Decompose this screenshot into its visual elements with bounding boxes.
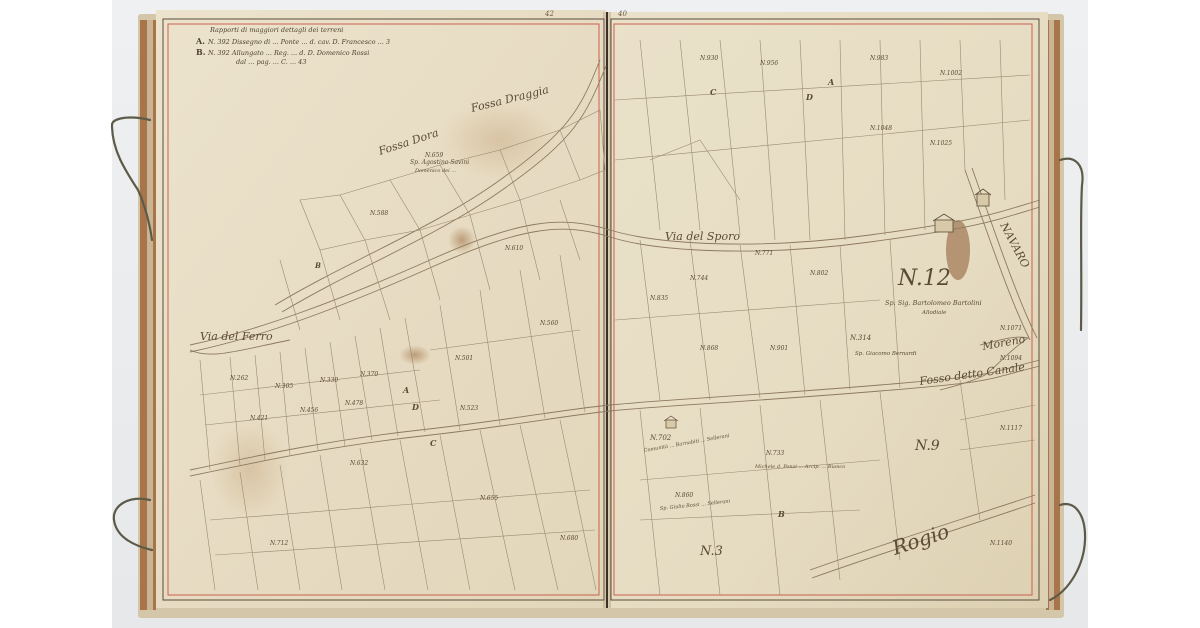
svg-text:N.860: N.860: [674, 492, 693, 499]
svg-text:N.835: N.835: [649, 295, 668, 302]
svg-text:N.330: N.330: [319, 377, 338, 384]
svg-text:N.632: N.632: [349, 460, 368, 467]
page-number-right: 40: [617, 10, 627, 18]
svg-text:N.456: N.456: [299, 407, 318, 414]
svg-text:Sp. Sig. Bartolomeo Bartolini: Sp. Sig. Bartolomeo Bartolini: [885, 299, 982, 307]
svg-text:N.1140: N.1140: [989, 540, 1012, 547]
svg-text:N.1025: N.1025: [929, 140, 952, 147]
svg-text:B.: B.: [196, 47, 206, 57]
svg-text:Sp. Giacomo Bernardi: Sp. Giacomo Bernardi: [855, 351, 917, 357]
svg-text:dal ... pag. ... C. ... 43: dal ... pag. ... C. ... 43: [236, 58, 306, 66]
svg-text:N.588: N.588: [369, 210, 388, 217]
svg-text:N.560: N.560: [539, 320, 558, 327]
svg-text:N.1071: N.1071: [999, 325, 1022, 332]
svg-text:A.: A.: [195, 36, 205, 46]
svg-text:D: D: [411, 402, 419, 412]
cadastral-map: 42 40 Rapporti di maggiori dettagli dei …: [0, 0, 1200, 628]
svg-text:A: A: [827, 77, 834, 87]
label-via-del-sporo: Via del Sporo: [665, 230, 740, 243]
svg-text:N.314: N.314: [849, 334, 871, 342]
svg-text:N.868: N.868: [699, 345, 718, 352]
svg-text:N.712: N.712: [269, 540, 288, 547]
parcel-n3: N.3: [699, 544, 723, 559]
page-number-left: 42: [544, 10, 554, 18]
svg-text:N.956: N.956: [759, 60, 778, 67]
svg-text:N.421: N.421: [249, 415, 268, 422]
svg-text:N.1048: N.1048: [869, 125, 892, 132]
photo-stage: 42 40 Rapporti di maggiori dettagli dei …: [0, 0, 1200, 628]
svg-text:B: B: [777, 509, 785, 519]
legend-title: Rapporti di maggiori dettagli dei terren…: [209, 26, 343, 34]
svg-text:N.305: N.305: [274, 383, 293, 390]
svg-text:N. 392 Allungato ... Reg. ...: N. 392 Allungato ... Reg. ... d. D. Dome…: [207, 49, 369, 57]
svg-text:N.983: N.983: [869, 55, 888, 62]
svg-text:N.680: N.680: [559, 535, 578, 542]
svg-text:A: A: [402, 385, 409, 395]
svg-text:N.655: N.655: [479, 495, 498, 502]
svg-text:N.1117: N.1117: [999, 425, 1022, 432]
svg-text:D: D: [805, 92, 813, 102]
svg-text:N. 392 Dissegno di ... Ponte .: N. 392 Dissegno di ... Ponte ... d. cav.…: [207, 38, 390, 46]
svg-text:N.478: N.478: [344, 400, 363, 407]
svg-text:N.744: N.744: [689, 275, 708, 282]
svg-text:C: C: [430, 438, 437, 448]
label-via-del-ferro: Via del Ferro: [200, 330, 273, 343]
svg-text:Michele d. Ponzi ... Arcip. ..: Michele d. Ponzi ... Arcip. ... Bianco: [754, 464, 845, 470]
svg-text:N.1094: N.1094: [999, 355, 1022, 362]
svg-text:C: C: [710, 87, 717, 97]
svg-text:N.501: N.501: [454, 355, 473, 362]
svg-text:N.733: N.733: [765, 450, 784, 457]
svg-text:Sp. Agostino Savini: Sp. Agostino Savini: [410, 159, 469, 166]
svg-text:N.1002: N.1002: [939, 70, 962, 77]
svg-text:B: B: [314, 261, 321, 270]
svg-text:N.370: N.370: [359, 371, 378, 378]
svg-text:N.523: N.523: [459, 405, 478, 412]
parcel-n9: N.9: [914, 438, 940, 454]
parcel-n12: N.12: [897, 266, 951, 291]
svg-text:Domenico dei ...: Domenico dei ...: [414, 168, 456, 174]
svg-text:N.802: N.802: [809, 270, 828, 277]
svg-text:N.771: N.771: [754, 250, 773, 257]
svg-text:N.610: N.610: [504, 245, 523, 252]
left-page: [156, 10, 606, 608]
svg-text:Allodiale: Allodiale: [921, 310, 947, 316]
svg-text:N.262: N.262: [229, 375, 248, 382]
svg-text:N.659: N.659: [424, 152, 443, 159]
svg-text:N.930: N.930: [699, 55, 718, 62]
svg-text:N.702: N.702: [649, 434, 672, 442]
svg-text:N.901: N.901: [769, 345, 788, 352]
